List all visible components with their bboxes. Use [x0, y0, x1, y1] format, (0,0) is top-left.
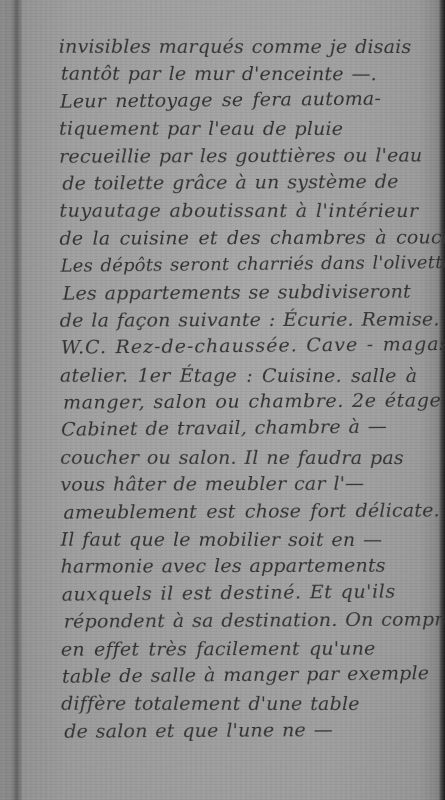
page-fold-shadow: [11, 0, 22, 800]
manuscript-line: Les dépôts seront charriés dans l'olivet…: [60, 249, 444, 280]
manuscript-line: vous hâter de meubler car l'—: [60, 471, 444, 500]
manuscript-line: atelier. 1er Étage : Cuisine. salle à: [60, 362, 444, 390]
manuscript-line: Les appartements se subdiviseront: [63, 278, 445, 308]
manuscript-line: tiquement par l'eau de pluie: [59, 116, 443, 144]
manuscript-line: de la cuisine et des chambres à coucher.: [59, 224, 443, 253]
manuscript-line: coucher ou salon. Il ne faudra pas: [60, 445, 444, 473]
manuscript-line: ameublement est chose fort délicate.: [63, 497, 445, 527]
manuscript-line: auxquels il est destiné. Et qu'ils: [62, 578, 445, 609]
manuscript-line: en effet très facilement qu'une: [61, 635, 445, 664]
manuscript-line: diffère totalement d'une table: [61, 691, 445, 719]
manuscript-line: W.C. Rez-de-chaussée. Cave - magasin: [61, 331, 445, 362]
manuscript-line: harmonie avec les appartements: [61, 553, 445, 582]
manuscript-line: Leur nettoyage se fera automa-: [60, 85, 444, 116]
manuscript-line: Cabinet de travail, chambre à —: [61, 413, 445, 444]
manuscript-line: de salon et que l'une ne —: [64, 716, 445, 746]
manuscript-line: recueillie par les gouttières ou l'eau: [59, 142, 443, 171]
manuscript-text-block: invisibles marqués comme je disais tantô…: [59, 32, 445, 745]
manuscript-line: de toilette grâce à un système de: [62, 168, 445, 198]
manuscript-line: table de salle à manger par exemple: [62, 660, 445, 691]
manuscript-line: invisibles marqués comme je disais: [59, 34, 443, 62]
manuscript-line: Il faut que le mobilier soit en —: [61, 527, 445, 555]
manuscript-scan-page: invisibles marqués comme je disais tantô…: [0, 0, 445, 800]
manuscript-line: répondent à sa destination. On comprend: [64, 607, 445, 637]
manuscript-line: tuyautage aboutissant à l'intérieur: [59, 198, 443, 226]
